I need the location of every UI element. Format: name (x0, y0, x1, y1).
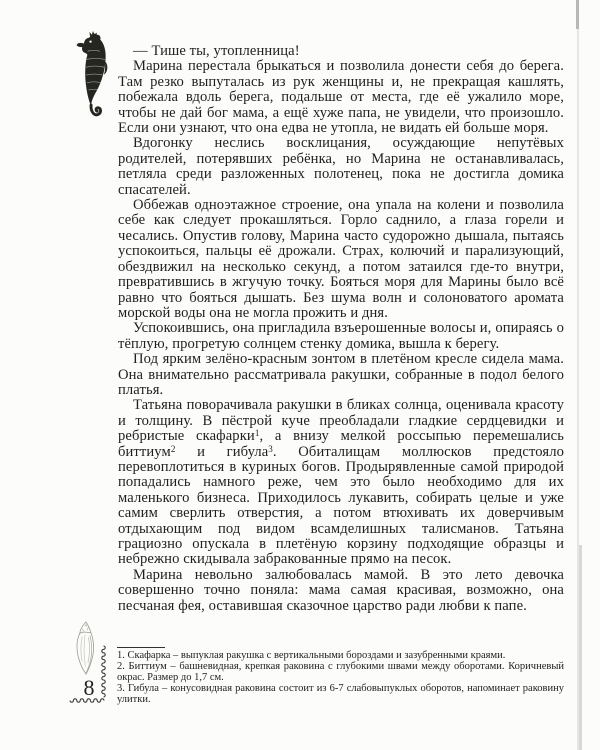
paragraph: Марина невольно залюбовалась мамой. В эт… (118, 568, 564, 614)
paragraph: Марина перестала брыкаться и позволила д… (118, 59, 564, 136)
paragraph: Под ярким зелёно-красным зонтом в плетён… (118, 352, 564, 398)
footnote-marker: 3 (268, 444, 273, 454)
page-edge-shadow-bottom (579, 545, 582, 750)
footnotes: 1. Скафарка – выпуклая ракушка с вертика… (117, 651, 564, 706)
page-edge-shadow-top (576, 0, 579, 29)
footnote-marker: 1 (255, 428, 260, 438)
paragraph: Татьяна поворачивала ракушки в бликах со… (118, 398, 564, 567)
footnote: 3. Гибула – конусовидная раковина состои… (117, 684, 564, 706)
footnote: 2. Биттиум – башневидная, крепкая ракови… (117, 662, 564, 684)
paragraph: — Тише ты, утопленница! (118, 44, 564, 59)
page-number: 8 (76, 675, 102, 701)
seahorse-icon (76, 30, 109, 127)
paragraph: Вдогонку неслись восклицания, осуждающие… (118, 136, 564, 198)
footnote-rule (117, 647, 165, 648)
body-text: — Тише ты, утопленница!Марина перестала … (118, 44, 564, 614)
footnote-marker: 2 (171, 444, 176, 454)
paragraph: Оббежав одноэтажное строение, она упала … (118, 198, 564, 321)
paragraph: Успокоившись, она пригладила взъерошенны… (118, 321, 564, 352)
book-page: — Тише ты, утопленница!Марина перестала … (0, 0, 600, 750)
